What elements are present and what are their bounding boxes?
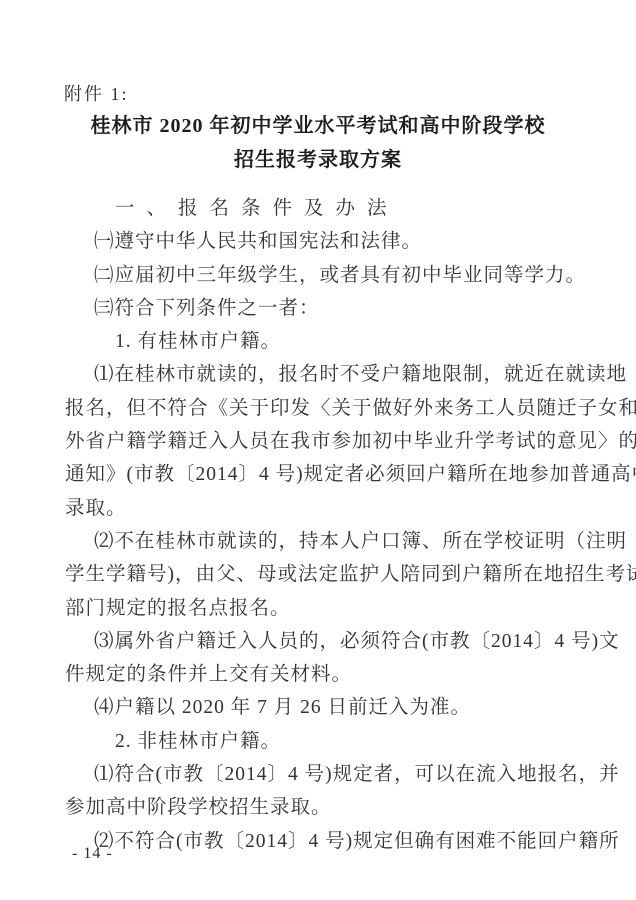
paragraph-line: 部门规定的报名点报名。 — [65, 592, 617, 625]
paragraph-line: 报名，但不符合《关于印发〈关于做好外来务工人员随迁子女和 — [65, 392, 617, 425]
paragraph-line: ㈠遵守中华人民共和国宪法和法律。 — [65, 225, 617, 258]
document-body: 一、报名条件及办法 ㈠遵守中华人民共和国宪法和法律。 ㈡应届初中三年级学生，或者… — [65, 192, 617, 858]
paragraph-line: ⑷户籍以 2020 年 7 月 26 日前迁入为准。 — [65, 691, 617, 724]
title-line-2: 招生报考录取方案 — [0, 143, 636, 177]
numbered-item: 2. 非桂林市户籍。 — [65, 725, 617, 758]
paragraph-line: ⑵不在桂林市就读的，持本人户口簿、所在学校证明（注明 — [65, 525, 617, 558]
paragraph-line: 外省户籍学籍迁入人员在我市参加初中毕业升学考试的意见〉的 — [65, 425, 617, 458]
title-line-1: 桂林市 2020 年初中学业水平考试和高中阶段学校 — [0, 109, 636, 143]
paragraph-line: ㈡应届初中三年级学生，或者具有初中毕业同等学力。 — [65, 259, 617, 292]
paragraph-line: 通知》(市教〔2014〕4 号)规定者必须回户籍所在地参加普通高中 — [65, 458, 617, 491]
page-number: - 14 - — [72, 845, 113, 863]
paragraph-line: ⑴在桂林市就读的，报名时不受户籍地限制，就近在就读地 — [65, 358, 617, 391]
numbered-item: 1. 有桂林市户籍。 — [65, 325, 617, 358]
attachment-label: 附件 1: — [64, 80, 129, 106]
paragraph-line: 学生学籍号)，由父、母或法定监护人陪同到户籍所在地招生考试 — [65, 558, 617, 591]
paragraph-line: 件规定的条件并上交有关材料。 — [65, 658, 617, 691]
paragraph-line: ⑴符合(市教〔2014〕4 号)规定者，可以在流入地报名，并 — [65, 758, 617, 791]
paragraph-line: ㈢符合下列条件之一者： — [65, 292, 617, 325]
section-heading: 一、报名条件及办法 — [65, 192, 617, 225]
paragraph-line: 录取。 — [65, 492, 617, 525]
paragraph-line: ⑶属外省户籍迁入人员的，必须符合(市教〔2014〕4 号)文 — [65, 625, 617, 658]
document-page: 附件 1: 桂林市 2020 年初中学业水平考试和高中阶段学校 招生报考录取方案… — [0, 0, 636, 900]
paragraph-line: 参加高中阶段学校招生录取。 — [65, 791, 617, 824]
document-title: 桂林市 2020 年初中学业水平考试和高中阶段学校 招生报考录取方案 — [0, 109, 636, 177]
paragraph-line: ⑵不符合(市教〔2014〕4 号)规定但确有困难不能回户籍所 — [65, 825, 617, 858]
